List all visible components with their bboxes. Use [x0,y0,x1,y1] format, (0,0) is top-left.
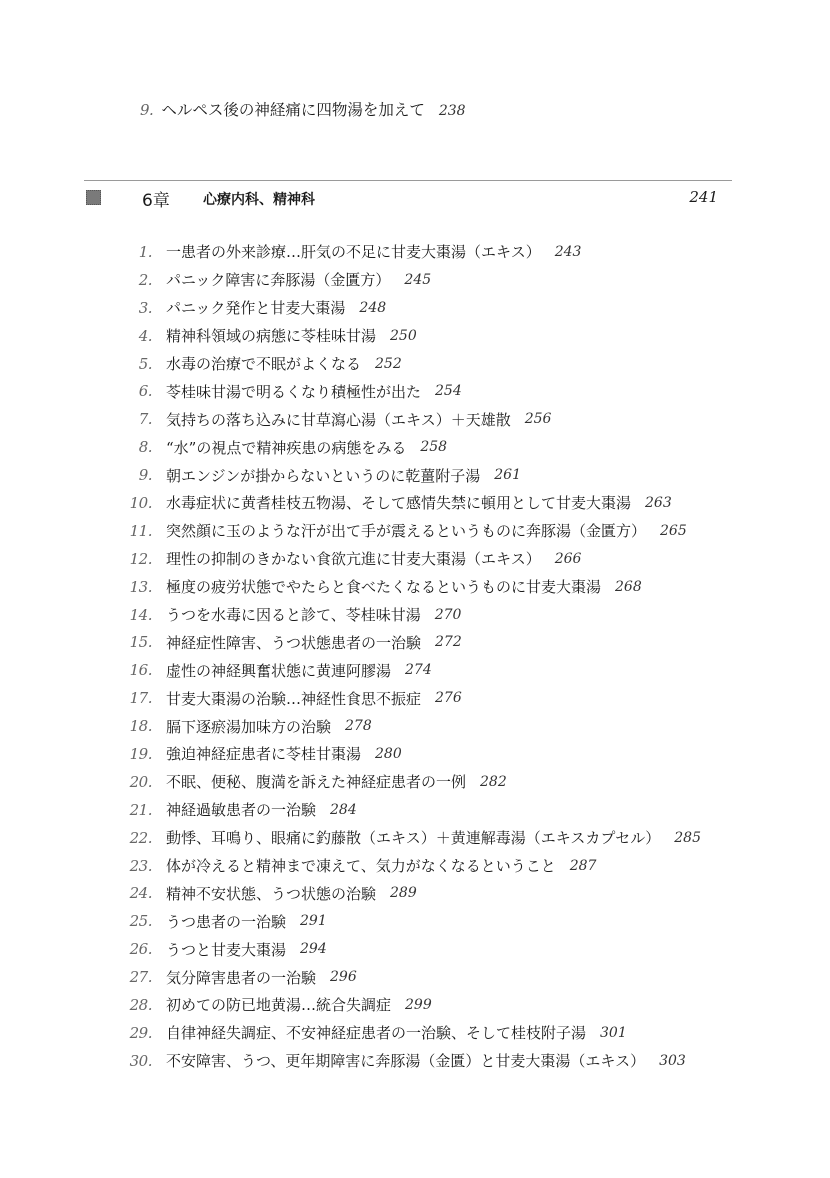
entry-number: 23. [128,857,152,875]
entry-number: 27. [128,968,152,986]
entry-page: 266 [555,551,582,567]
entry-page: 282 [480,774,507,790]
entry-page: 252 [375,356,402,372]
toc-entry: 10.水毒症状に黄耆桂枝五物湯、そして感情失禁に頓用として甘麦大棗湯263 [128,489,748,517]
entry-page: 258 [420,439,447,455]
entry-number: 12. [128,550,152,568]
entry-page: 243 [555,244,582,260]
toc-entry: 2.パニック障害に奔豚湯（金匱方）245 [128,266,748,294]
entry-page: 272 [435,634,462,650]
toc-entry: 18.膈下逐瘀湯加味方の治験278 [128,712,748,740]
toc-entry: 23.体が冷えると精神まで凍えて、気力がなくなるということ287 [128,852,748,880]
entry-title: 気持ちの落ち込みに甘草瀉心湯（エキス）＋天雄散 [166,409,511,430]
entry-title: パニック発作と甘麦大棗湯 [166,297,345,318]
entry-title: 神経過敏患者の一治験 [166,799,316,820]
toc-entry: 24.精神不安状態、うつ状態の治験289 [128,879,748,907]
toc-entry: 3.パニック発作と甘麦大棗湯248 [128,294,748,322]
entry-page: 287 [570,858,597,874]
toc-entry: 7.気持ちの落ち込みに甘草瀉心湯（エキス）＋天雄散256 [128,405,748,433]
entry-page: 245 [404,272,431,288]
entry-page: 289 [390,885,417,901]
entry-number: 16. [128,661,152,679]
toc-entry: 5.水毒の治療で不眠がよくなる252 [128,350,748,378]
entry-number: 9. [140,101,153,119]
entry-page: 278 [345,718,372,734]
chapter-page: 241 [689,188,718,206]
entry-number: 10. [128,494,152,512]
toc-entry: 13.極度の疲労状態でやたらと食べたくなるというものに甘麦大棗湯268 [128,573,748,601]
entry-number: 26. [128,940,152,958]
toc-entry: 4.精神科領域の病態に苓桂味甘湯250 [128,322,748,350]
entry-title: 精神不安状態、うつ状態の治験 [166,883,376,904]
previous-toc-entry: 9.ヘルペス後の神経痛に四物湯を加えて238 [140,98,466,120]
entry-number: 15. [128,633,152,651]
chapter-heading: 6章 心療内科、精神科 241 [86,186,732,210]
toc-entry: 30.不安障害、うつ、更年期障害に奔豚湯（金匱）と甘麦大棗湯（エキス）303 [128,1047,748,1075]
toc-entry: 22.動悸、耳鳴り、眼痛に釣藤散（エキス）＋黄連解毒湯（エキスカプセル）285 [128,824,748,852]
entry-number: 5. [128,355,152,373]
toc-entry: 21.神経過敏患者の一治験284 [128,796,748,824]
entry-number: 25. [128,912,152,930]
toc-entry: 12.理性の抑制のきかない食欲亢進に甘麦大棗湯（エキス）266 [128,545,748,573]
square-marker-icon [86,190,101,205]
entry-page: 256 [525,411,552,427]
entry-number: 8. [128,438,152,456]
entry-number: 17. [128,689,152,707]
entry-number: 7. [128,410,152,428]
toc-entry: 17.甘麦大棗湯の治験…神経性食思不振症276 [128,684,748,712]
entry-number: 9. [128,466,152,484]
entry-title: “水”の視点で精神疾患の病態をみる [166,437,406,458]
entry-number: 6. [128,382,152,400]
entry-page: 303 [659,1053,686,1069]
entry-page: 274 [405,662,432,678]
entry-page: 285 [674,830,701,846]
entry-page: 254 [435,383,462,399]
entry-number: 3. [128,299,152,317]
entry-number: 18. [128,717,152,735]
toc-entry: 8.“水”の視点で精神疾患の病態をみる258 [128,433,748,461]
entry-title: 甘麦大棗湯の治験…神経性食思不振症 [166,688,421,709]
entry-title: 体が冷えると精神まで凍えて、気力がなくなるということ [166,855,556,876]
entry-title: うつ患者の一治験 [166,911,286,932]
entry-page: 238 [439,103,466,119]
toc-entry: 6.苓桂味甘湯で明るくなり積極性が出た254 [128,377,748,405]
entry-page: 265 [660,523,687,539]
entry-page: 301 [600,1025,627,1041]
entry-title: 強迫神経症患者に苓桂甘棗湯 [166,743,361,764]
entry-number: 4. [128,327,152,345]
entry-title: 不安障害、うつ、更年期障害に奔豚湯（金匱）と甘麦大棗湯（エキス） [166,1050,645,1071]
entry-title: 自律神経失調症、不安神経症患者の一治験、そして桂枝附子湯 [166,1022,586,1043]
entry-number: 1. [128,243,152,261]
entry-number: 24. [128,884,152,902]
entry-page: 294 [300,941,327,957]
chapter-divider [84,180,732,181]
entry-title: 突然顔に玉のような汗が出て手が震えるというものに奔豚湯（金匱方） [166,520,646,541]
entry-page: 280 [375,746,402,762]
toc-entry: 26.うつと甘麦大棗湯294 [128,935,748,963]
entry-page: 268 [615,579,642,595]
entry-number: 13. [128,578,152,596]
toc-entry: 28.初めての防已地黄湯…統合失調症299 [128,991,748,1019]
entry-title: うつと甘麦大棗湯 [166,939,286,960]
entry-number: 19. [128,745,152,763]
chapter-number: 6章 [142,186,170,211]
toc-entry: 1.一患者の外来診療…肝気の不足に甘麦大棗湯（エキス）243 [128,238,748,266]
entry-title: 動悸、耳鳴り、眼痛に釣藤散（エキス）＋黄連解毒湯（エキスカプセル） [166,827,660,848]
entry-number: 29. [128,1024,152,1042]
toc-entry: 29.自律神経失調症、不安神経症患者の一治験、そして桂枝附子湯301 [128,1019,748,1047]
entry-page: 263 [645,495,672,511]
entry-page: 296 [330,969,357,985]
toc-entry: 20.不眠、便秘、腹満を訴えた神経症患者の一例282 [128,768,748,796]
entry-page: 299 [405,997,432,1013]
entry-title: 神経症性障害、うつ状態患者の一治験 [166,632,421,653]
toc-entry: 15.神経症性障害、うつ状態患者の一治験272 [128,628,748,656]
entry-number: 14. [128,606,152,624]
entry-number: 20. [128,773,152,791]
toc-entry: 25.うつ患者の一治験291 [128,907,748,935]
entry-title: 苓桂味甘湯で明るくなり積極性が出た [166,381,421,402]
entry-number: 11. [128,522,152,540]
entry-page: 291 [300,913,327,929]
entry-title: 虚性の神経興奮状態に黄連阿膠湯 [166,660,391,681]
toc-list: 1.一患者の外来診療…肝気の不足に甘麦大棗湯（エキス）2432.パニック障害に奔… [128,238,748,1075]
entry-title: 精神科領域の病態に苓桂味甘湯 [166,325,376,346]
chapter-title: 心療内科、精神科 [203,189,315,209]
entry-title: 不眠、便秘、腹満を訴えた神経症患者の一例 [166,771,466,792]
entry-title: 理性の抑制のきかない食欲亢進に甘麦大棗湯（エキス） [166,548,541,569]
entry-number: 2. [128,271,152,289]
entry-title: パニック障害に奔豚湯（金匱方） [166,269,390,290]
entry-page: 261 [494,467,521,483]
entry-page: 284 [330,802,357,818]
entry-page: 250 [390,328,417,344]
toc-entry: 11.突然顔に玉のような汗が出て手が震えるというものに奔豚湯（金匱方）265 [128,517,748,545]
entry-title: 膈下逐瘀湯加味方の治験 [166,716,331,737]
entry-title: 初めての防已地黄湯…統合失調症 [166,994,391,1015]
toc-entry: 16.虚性の神経興奮状態に黄連阿膠湯274 [128,656,748,684]
toc-entry: 19.強迫神経症患者に苓桂甘棗湯280 [128,740,748,768]
entry-title: 水毒の治療で不眠がよくなる [166,353,361,374]
entry-page: 248 [359,300,386,316]
entry-title: 一患者の外来診療…肝気の不足に甘麦大棗湯（エキス） [166,241,541,262]
entry-title: 極度の疲労状態でやたらと食べたくなるというものに甘麦大棗湯 [166,576,601,597]
entry-page: 276 [435,690,462,706]
toc-entry: 9.朝エンジンが掛からないというのに乾薑附子湯261 [128,461,748,489]
entry-title: ヘルペス後の神経痛に四物湯を加えて [161,101,425,119]
entry-title: 朝エンジンが掛からないというのに乾薑附子湯 [166,465,480,486]
entry-number: 22. [128,829,152,847]
entry-page: 270 [435,607,462,623]
toc-entry: 14.うつを水毒に因ると診て、苓桂味甘湯270 [128,601,748,629]
entry-number: 21. [128,801,152,819]
entry-title: 水毒症状に黄耆桂枝五物湯、そして感情失禁に頓用として甘麦大棗湯 [166,492,631,513]
toc-entry: 27.気分障害患者の一治験296 [128,963,748,991]
entry-number: 28. [128,996,152,1014]
entry-title: うつを水毒に因ると診て、苓桂味甘湯 [166,604,421,625]
entry-number: 30. [128,1052,152,1070]
entry-title: 気分障害患者の一治験 [166,967,316,988]
